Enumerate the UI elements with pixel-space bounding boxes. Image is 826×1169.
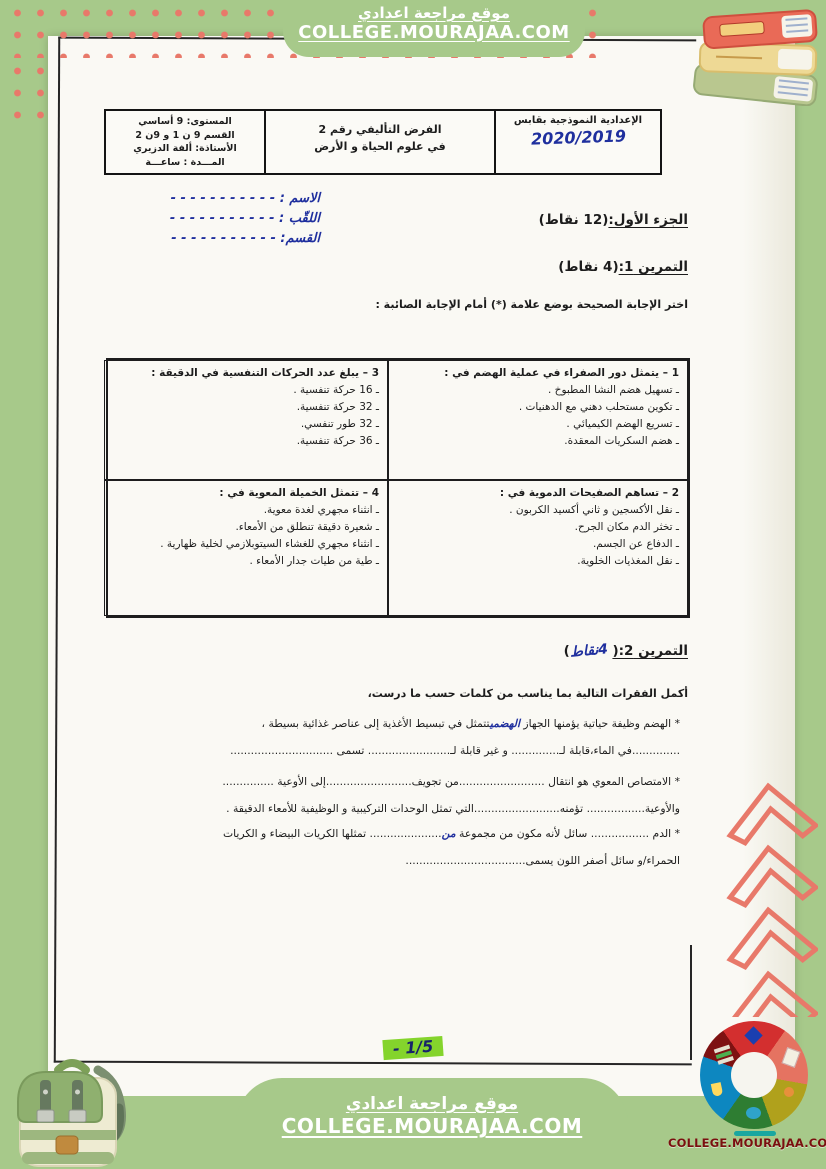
ex2-heading: التمرين 2:( 4نقاط) [564,643,688,659]
page-number: - 1/5 [383,1038,443,1058]
info-cell-meta: المستوى: 9 أساسي القسم 9 ن 1 و 9ن 2 الأس… [106,111,264,173]
student-name-row: الاسم : - - - - - - - - - - - [112,189,320,209]
ex2-instruction: أكمل الفقرات التالية بما يناسب من كلمات … [368,687,688,700]
level-label: المستوى: 9 أساسي [109,115,261,129]
mcq-cell-q3: 3 – يبلغ عدد الحركات التنفسية في الدقيقة… [104,360,388,480]
exam-title-line2: في علوم الحياة و الأرض [269,138,491,155]
school-year-handwritten: 2020/2019 [530,126,626,148]
scan-border-right [690,945,692,1060]
mcq-table: 1 – يتمثل دور الصفراء في عملية الهضم في … [106,358,690,618]
q1-option[interactable]: ـ تكوين مستحلب دهني مع الدهنيات . [393,399,679,416]
logo-center [731,1052,777,1098]
q4-option[interactable]: ـ طية من طيات جدار الأمعاء . [109,553,379,570]
globe-icon [746,1107,761,1119]
info-cell-title: الفرض التأليفي رقم 2 في علوم الحياة و ال… [264,111,494,173]
graduation-cap-icon [744,1026,762,1044]
q2-title: 2 – تساهم الصفيحات الدموية في : [393,485,679,502]
q2-option[interactable]: ـ نقل المغذيات الخلوية. [393,553,679,570]
site-name-link[interactable]: موقع مراجعة اعدادي [236,1094,628,1114]
duration-label: المـــدة : ساعـــة [109,156,261,170]
q3-option[interactable]: ـ 32 حركة تنفسية. [109,399,379,416]
class-label: القسم 9 ن 1 و 9ن 2 [109,129,261,143]
ex2-paragraph-absorption: * الامتصاص المعوي هو انتقال ............… [118,768,680,822]
q4-option[interactable]: ـ انثناء مجهري للغشاء السيتوبلازمي لخلية… [109,536,379,553]
p2-blank-line[interactable]: * الامتصاص المعوي هو انتقال ............… [222,775,680,788]
site-name-link[interactable]: موقع مراجعة اعدادي [283,4,585,22]
info-cell-school: الإعدادية النموذجية بقابس 2020/2019 [494,111,660,173]
ex2-paragraph-blood: * الدم ................. سائل لأنه مكون … [118,820,680,874]
q4-option[interactable]: ـ انثناء مجهري لغدة معوية. [109,502,379,519]
ex1-heading: التمرين 1:(4 نقاط) [558,259,688,275]
atom-icon [784,1087,794,1097]
name-label: الاسم : [280,191,320,206]
notepad-icon [782,1047,801,1068]
surname-blank: - - - - - - - - - - - [170,211,275,226]
mcq-cell-q4: 4 – تتمثل الخميلة المعوية في : ـ انثناء … [104,480,388,616]
teacher-label: الأستاذة: ألفة الدزيري [109,142,261,156]
q1-option[interactable]: ـ تسهيل هضم النشا المطبوخ . [393,382,679,399]
backpack-icon [4,1044,142,1169]
flask-icon [711,1082,723,1097]
p1-text: تتمثل في تبسيط الأغذية إلى عناصر غذائية … [262,717,490,730]
p3-handwritten-answer: من [442,827,456,840]
student-surname-row: اللقّب : - - - - - - - - - - - [112,209,320,229]
exam-info-table: الإعدادية النموذجية بقابس 2020/2019 الفر… [104,109,662,175]
page: موقع مراجعة اعدادي COLLEGE.MOURAJAA.COM … [0,0,826,1169]
class-blank: - - - - - - - - - - - [171,231,276,246]
q1-option[interactable]: ـ تسريع الهضم الكيميائي . [393,416,679,433]
ex1-instruction: اختر الإجابة الصحيحة بوضع علامة (*) أمام… [375,298,688,311]
dots-pattern-icon [0,58,46,122]
ex2-paragraph-digestion: * الهضم وظيفة حياتية يؤمنها الجهاز الهضم… [118,710,680,764]
mcq-cell-q2: 2 – تساهم الصفيحات الدموية في : ـ نقل ال… [388,480,688,616]
q3-option[interactable]: ـ 16 حركة تنفسية . [109,382,379,399]
student-fields: الاسم : - - - - - - - - - - - اللقّب : -… [112,189,320,249]
part1-points: (12 نقاط) [539,212,609,228]
books-stack-icon [686,4,826,106]
books-icon [714,1045,730,1054]
p1-text: * الهضم وظيفة حياتية يؤمنها الجهاز [520,717,680,730]
mcq-cell-q1: 1 – يتمثل دور الصفراء في عملية الهضم في … [388,360,688,480]
q3-option[interactable]: ـ 36 حركة تنفسية. [109,433,379,450]
part1-title: الجزء الأول: [608,212,688,228]
exam-title-line1: الفرض التأليفي رقم 2 [269,121,491,138]
q1-title: 1 – يتمثل دور الصفراء في عملية الهضم في … [393,365,679,382]
q1-option[interactable]: ـ هضم السكريات المعقدة. [393,433,679,450]
p1-blank-line[interactable]: ..............في الماء،قابلة لـ.........… [230,744,680,757]
q4-option[interactable]: ـ شعيرة دقيقة تنطلق من الأمعاء. [109,519,379,536]
chevron-up-icons [724,782,818,1017]
header-banner: موقع مراجعة اعدادي COLLEGE.MOURAJAA.COM [283,0,585,57]
ex2-title: التمرين 2:( [612,643,688,659]
q3-title: 3 – يبلغ عدد الحركات التنفسية في الدقيقة… [109,365,379,382]
college-logo [700,1021,808,1129]
name-blank: - - - - - - - - - - - [171,191,276,206]
part1-heading: الجزء الأول:(12 نقاط) [539,212,688,228]
page-number-highlight: - 1/5 [382,1036,444,1060]
p3-text: ..................... تمثلها الكريات الب… [223,827,442,840]
p3-blank-line[interactable]: الحمراء/و سائل أصفر اللون يسمى..........… [405,854,680,867]
class-label: القسم: [280,231,320,246]
p3-text: * الدم ................. سائل لأنه مكون … [456,827,680,840]
p2-blank-line[interactable]: والأوعية................. تؤمنه.........… [226,802,680,815]
footer-banner: موقع مراجعة اعدادي COLLEGE.MOURAJAA.COM [236,1078,628,1169]
surname-label: اللقّب : [279,211,320,226]
p1-handwritten-answer: الهضمي [490,717,520,730]
q4-title: 4 – تتمثل الخميلة المعوية في : [109,485,379,502]
q2-option[interactable]: ـ نقل الأكسجين و ثاني أكسيد الكربون . [393,502,679,519]
q2-option[interactable]: ـ تخثر الدم مكان الجرح. [393,519,679,536]
ex2-points-handwritten: 4نقاط [569,641,608,660]
q3-option[interactable]: ـ 32 طور تنفسي. [109,416,379,433]
student-class-row: القسم: - - - - - - - - - - - [112,229,320,249]
ex1-title: التمرين 1: [619,259,688,275]
school-name: الإعدادية النموذجية بقابس [499,115,657,126]
site-domain-link[interactable]: COLLEGE.MOURAJAA.COM [236,1114,628,1138]
ex1-points: (4 نقاط) [558,259,618,275]
logo-caption: COLLEGE.MOURAJAA.COM [668,1136,826,1150]
site-domain-link[interactable]: COLLEGE.MOURAJAA.COM [283,22,585,43]
q2-option[interactable]: ـ الدفاع عن الجسم. [393,536,679,553]
